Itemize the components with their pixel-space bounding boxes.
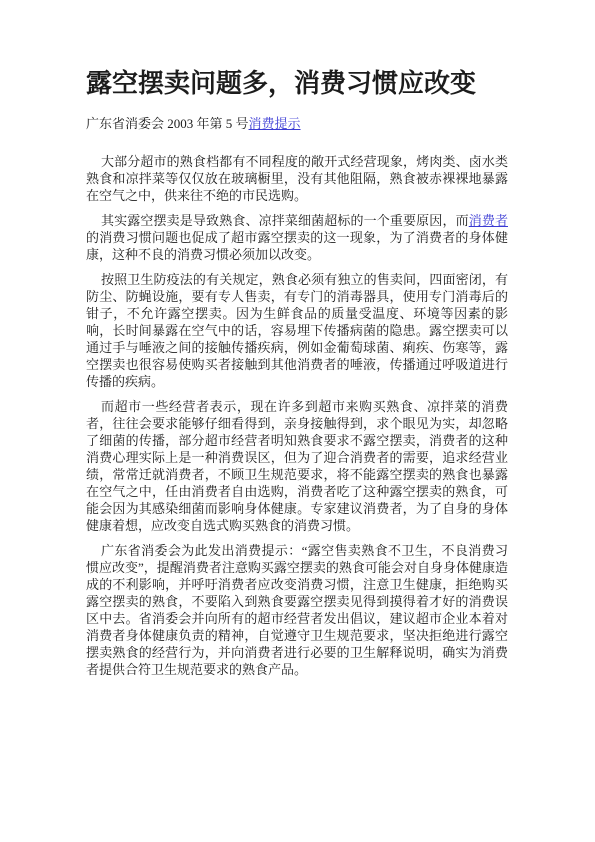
text-segment: 大部分超市的熟食档都有不同程度的敞开式经营现象，烤肉类、卤水类熟食和凉拌菜等仅仅…: [86, 154, 508, 203]
byline: 广东省消委会 2003 年第 5 号消费提示: [86, 115, 508, 132]
article-body: 大部分超市的熟食档都有不同程度的敞开式经营现象，烤肉类、卤水类熟食和凉拌菜等仅仅…: [86, 153, 508, 678]
text-segment: 按照卫生防疫法的有关规定，熟食必须有独立的售卖间，四面密闭，有防尘、防蝇设施，要…: [86, 272, 508, 389]
text-segment: 而超市一些经营者表示，现在许多到超市来购买熟食、凉拌菜的消费者，往往会要求能够仔…: [86, 399, 508, 533]
text-segment: 其实露空摆卖是导致熟食、凉拌菜细菌超标的一个重要原因，而: [101, 213, 469, 228]
text-segment: 广东省消委会为此发出消费提示：“露空售卖熟食不卫生，不良消费习惯应改变”，提醒消…: [86, 543, 508, 677]
inline-link[interactable]: 消费者: [469, 213, 508, 228]
document-page: 露空摆卖问题多，消费习惯应改变 广东省消委会 2003 年第 5 号消费提示 大…: [0, 0, 595, 842]
paragraph: 大部分超市的熟食档都有不同程度的敞开式经营现象，烤肉类、卤水类熟食和凉拌菜等仅仅…: [86, 153, 508, 204]
paragraph: 广东省消委会为此发出消费提示：“露空售卖熟食不卫生，不良消费习惯应改变”，提醒消…: [86, 542, 508, 678]
page-title: 露空摆卖问题多，消费习惯应改变: [86, 69, 508, 99]
paragraph: 按照卫生防疫法的有关规定，熟食必须有独立的售卖间，四面密闭，有防尘、防蝇设施，要…: [86, 271, 508, 390]
text-segment: 的消费习惯问题也促成了超市露空摆卖的这一现象，为了消费者的身体健康，这种不良的消…: [86, 230, 508, 262]
byline-text: 广东省消委会 2003 年第 5 号: [86, 116, 249, 131]
byline-link[interactable]: 消费提示: [249, 116, 301, 131]
document-content: 露空摆卖问题多，消费习惯应改变 广东省消委会 2003 年第 5 号消费提示 大…: [86, 69, 508, 678]
paragraph: 其实露空摆卖是导致熟食、凉拌菜细菌超标的一个重要原因，而消费者的消费习惯问题也促…: [86, 212, 508, 263]
paragraph: 而超市一些经营者表示，现在许多到超市来购买熟食、凉拌菜的消费者，往往会要求能够仔…: [86, 398, 508, 534]
